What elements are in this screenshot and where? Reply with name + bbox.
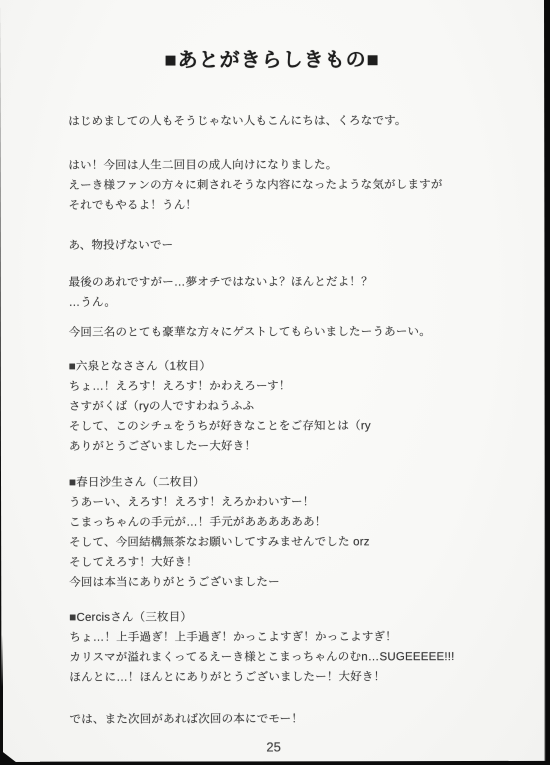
guest-comment-line: そして、今回結構無茶なお願いしてすみませんでした orz — [69, 532, 370, 553]
guest-comment-line: そしてえろす！大好き！ — [69, 552, 370, 573]
text-line: 今回三名のとても豪華な方々にゲストしてもらいましたーうあーい。 — [69, 322, 431, 343]
guest-comment-line: うあーい、えろす！えろす！えろかわいすー！ — [69, 492, 370, 513]
scan-edge-right — [544, 0, 550, 765]
paragraph-guests-intro: 今回三名のとても豪華な方々にゲストしてもらいましたーうあーい。 — [69, 322, 431, 343]
guest-section-heading: ■春日沙生さん（二枚目） — [69, 472, 370, 493]
text-line: …うん。 — [69, 292, 373, 313]
guest-comment-line: こまっちゃんの手元が…！手元がああああああ！ — [69, 512, 370, 533]
guest-comment-line: そして、このシチュをうちが好きなことをご存知とは（ry — [69, 416, 371, 437]
text-line: それでもやるよ！うん！ — [68, 195, 442, 216]
text-line: はじめましての人もそうじゃない人もこんにちは、くろなです。 — [68, 111, 406, 132]
text-line: 最後のあれですがー…夢オチではないよ？ほんとだよ！？ — [69, 272, 373, 293]
text-line: はい！今回は人生二回目の成人向けになりました。 — [68, 155, 442, 176]
scan-edge-bottom — [40, 761, 550, 765]
guest-comment-line: ちょ…！えろす！えろす！かわえろーす！ — [69, 376, 371, 397]
guest-comment-line: ほんとに…！ほんとにありがとうございましたー！大好き！ — [69, 667, 454, 688]
paragraph-ending-note: 最後のあれですがー…夢オチではないよ？ほんとだよ！？ …うん。 — [69, 272, 373, 313]
page-title: ■あとがきらしきもの■ — [0, 43, 544, 73]
guest-section-3: ■Cercisさん（三枚目） ちょ…！上手過ぎ！上手過ぎ！かっこよすぎ！かっこよ… — [69, 607, 454, 688]
paragraph-aside: あ、物投げないでー — [68, 236, 173, 256]
guest-comment-line: 今回は本当にありがとうございましたー — [69, 572, 370, 593]
scanned-page-stage: ■あとがきらしきもの■ はじめましての人もそうじゃない人もこんにちは、くろなです… — [0, 0, 550, 765]
guest-comment-line: カリスマが溢れまくってるえーき様とこまっちゃんのむn…SUGEEEEE!!! — [69, 647, 454, 668]
text-line: では、また次回があれば次回の本にでモー！ — [69, 709, 303, 729]
paragraph-intro: はい！今回は人生二回目の成人向けになりました。 えーき様ファンの方々に刺されそう… — [68, 155, 442, 216]
guest-comment-line: ありがとうございましたー大好き！ — [69, 436, 371, 457]
page-number: 25 — [2, 739, 546, 755]
guest-section-heading: ■六泉となささん（1枚目） — [69, 356, 371, 377]
closing-line: では、また次回があれば次回の本にでモー！ — [69, 709, 303, 729]
guest-section-heading: ■Cercisさん（三枚目） — [69, 607, 454, 628]
scanned-page: ■あとがきらしきもの■ はじめましての人もそうじゃない人もこんにちは、くろなです… — [0, 0, 546, 762]
guest-section-1: ■六泉となささん（1枚目） ちょ…！えろす！えろす！かわえろーす！ さすがくば（… — [69, 356, 371, 457]
paragraph-greeting: はじめましての人もそうじゃない人もこんにちは、くろなです。 — [68, 111, 406, 132]
text-line: えーき様ファンの方々に刺されそうな内容になったような気がしますが — [68, 175, 442, 196]
guest-comment-line: ちょ…！上手過ぎ！上手過ぎ！かっこよすぎ！かっこよすぎ！ — [69, 627, 454, 648]
text-line: あ、物投げないでー — [68, 236, 173, 256]
guest-comment-line: さすがくば（ryの人ですわねうふふ — [69, 396, 371, 417]
scan-edge-left — [0, 635, 3, 765]
guest-section-2: ■春日沙生さん（二枚目） うあーい、えろす！えろす！えろかわいすー！ こまっちゃ… — [69, 472, 370, 593]
